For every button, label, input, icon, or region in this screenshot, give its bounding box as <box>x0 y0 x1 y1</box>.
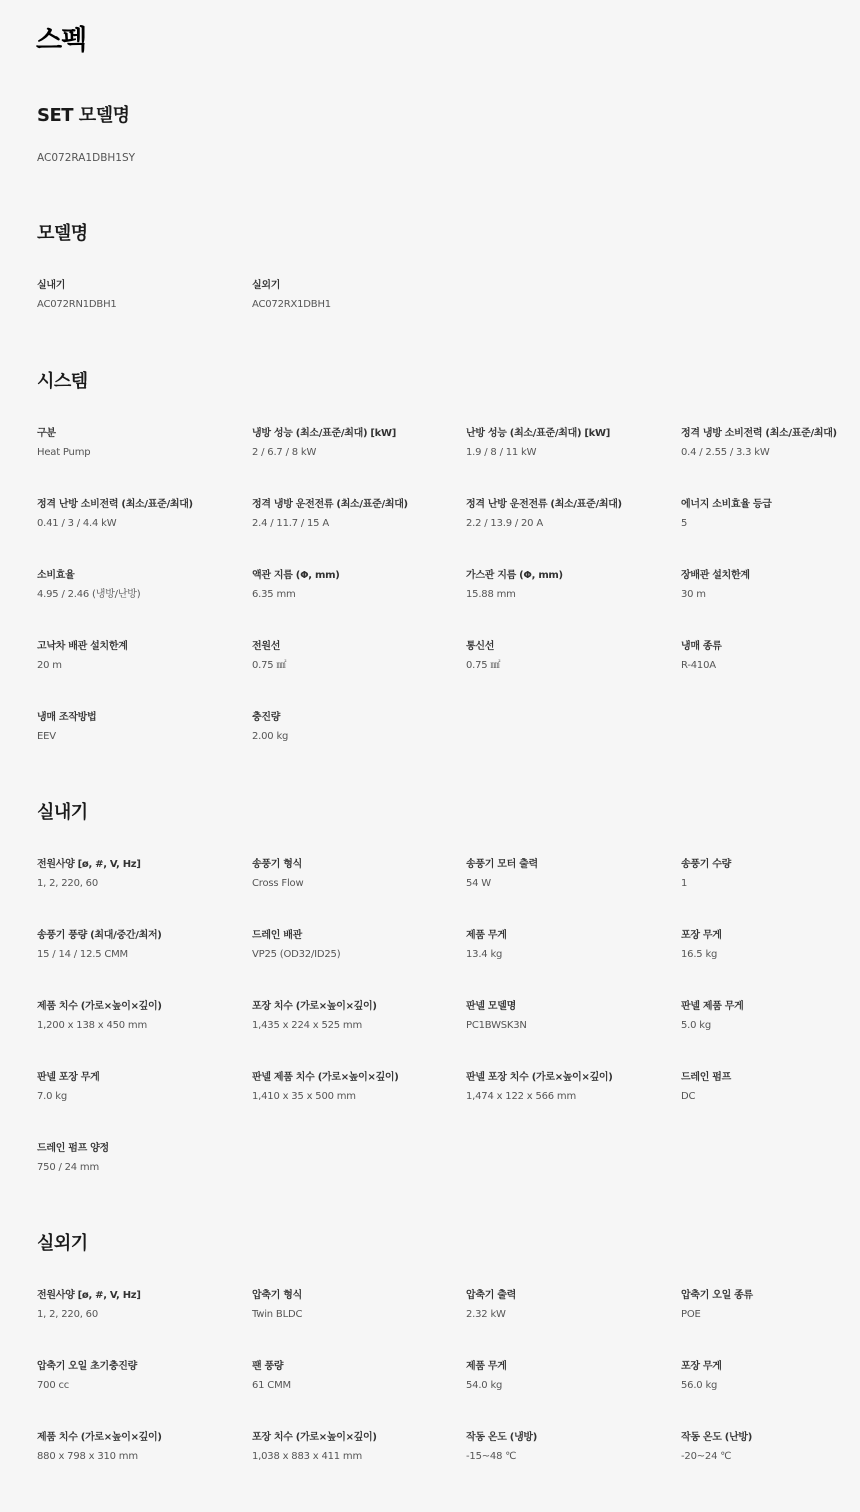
spec-item: 난방 성능 (최소/표준/최대) [kW] 1.9 / 8 / 11 kW <box>466 427 676 460</box>
spec-item: 제품 치수 (가로×높이×깊이) 1,200 x 138 x 450 mm <box>37 1000 247 1033</box>
spec-value: 54 W <box>466 877 676 891</box>
spec-value: 15 / 14 / 12.5 CMM <box>37 948 247 962</box>
spec-label: 냉매 종류 <box>681 640 860 654</box>
spec-item: 팬 풍량 61 CMM <box>252 1360 462 1393</box>
spec-value: 0.75 ㎟ <box>466 659 676 673</box>
spec-label: 포장 치수 (가로×높이×깊이) <box>252 1000 462 1014</box>
spec-label: 압축기 오일 종류 <box>681 1289 860 1303</box>
spec-value: 0.41 / 3 / 4.4 kW <box>37 517 247 531</box>
spec-value: AC072RX1DBH1 <box>252 298 462 312</box>
spec-item: 드레인 펌프 양정 750 / 24 mm <box>37 1142 247 1175</box>
spec-value: 1 <box>681 877 860 891</box>
spec-item: 소비효율 4.95 / 2.46 (냉방/난방) <box>37 569 247 602</box>
spec-item: 판넬 제품 무게 5.0 kg <box>681 1000 860 1033</box>
spec-item: 송풍기 수량 1 <box>681 858 860 891</box>
spec-label: 실외기 <box>252 279 462 293</box>
spec-item: 작동 온도 (냉방) -15~48 ℃ <box>466 1431 676 1464</box>
spec-item: 송풍기 형식 Cross Flow <box>252 858 462 891</box>
spec-item: 냉매 종류 R-410A <box>681 640 860 673</box>
spec-label: 정격 냉방 소비전력 (최소/표준/최대) <box>681 427 860 441</box>
spec-item: 압축기 형식 Twin BLDC <box>252 1289 462 1322</box>
spec-value: 700 cc <box>37 1379 247 1393</box>
spec-item: 포장 무게 56.0 kg <box>681 1360 860 1393</box>
spec-label: 고낙차 배관 설치한계 <box>37 640 247 654</box>
spec-value: 750 / 24 mm <box>37 1161 247 1175</box>
system-section-title: 시스템 <box>37 367 88 393</box>
spec-item: 가스관 지름 (Φ, mm) 15.88 mm <box>466 569 676 602</box>
spec-item: 압축기 출력 2.32 kW <box>466 1289 676 1322</box>
spec-value: 2.2 / 13.9 / 20 A <box>466 517 676 531</box>
spec-value: 2.00 kg <box>252 730 462 744</box>
spec-item: 전원사양 [ø, #, V, Hz] 1, 2, 220, 60 <box>37 858 247 891</box>
spec-value: 880 x 798 x 310 mm <box>37 1450 247 1464</box>
spec-value: Cross Flow <box>252 877 462 891</box>
spec-item: 제품 무게 54.0 kg <box>466 1360 676 1393</box>
spec-value: 7.0 kg <box>37 1090 247 1104</box>
spec-value: 1,038 x 883 x 411 mm <box>252 1450 462 1464</box>
spec-label: 정격 냉방 운전전류 (최소/표준/최대) <box>252 498 462 512</box>
spec-value: POE <box>681 1308 860 1322</box>
spec-value: -20~24 ℃ <box>681 1450 860 1464</box>
spec-label: 전원선 <box>252 640 462 654</box>
spec-label: 포장 무게 <box>681 929 860 943</box>
spec-label: 판넬 제품 무게 <box>681 1000 860 1014</box>
spec-item: 충진량 2.00 kg <box>252 711 462 744</box>
spec-value: 1,200 x 138 x 450 mm <box>37 1019 247 1033</box>
spec-label: 정격 난방 소비전력 (최소/표준/최대) <box>37 498 247 512</box>
spec-item: 송풍기 모터 출력 54 W <box>466 858 676 891</box>
spec-label: 제품 무게 <box>466 929 676 943</box>
spec-label: 난방 성능 (최소/표준/최대) [kW] <box>466 427 676 441</box>
spec-value: 2.32 kW <box>466 1308 676 1322</box>
spec-item: 제품 치수 (가로×높이×깊이) 880 x 798 x 310 mm <box>37 1431 247 1464</box>
spec-label: 작동 온도 (냉방) <box>466 1431 676 1445</box>
spec-item: 송풍기 풍량 (최대/중간/최저) 15 / 14 / 12.5 CMM <box>37 929 247 962</box>
spec-item: 액관 지름 (Φ, mm) 6.35 mm <box>252 569 462 602</box>
spec-label: 냉방 성능 (최소/표준/최대) [kW] <box>252 427 462 441</box>
spec-value: 56.0 kg <box>681 1379 860 1393</box>
spec-value: Heat Pump <box>37 446 247 460</box>
spec-item: 포장 무게 16.5 kg <box>681 929 860 962</box>
spec-value: 0.75 ㎟ <box>252 659 462 673</box>
spec-value: 2.4 / 11.7 / 15 A <box>252 517 462 531</box>
spec-item: 압축기 오일 초기충진량 700 cc <box>37 1360 247 1393</box>
spec-value: 6.35 mm <box>252 588 462 602</box>
spec-item: 압축기 오일 종류 POE <box>681 1289 860 1322</box>
spec-item: 제품 무게 13.4 kg <box>466 929 676 962</box>
spec-item: 냉매 조작방법 EEV <box>37 711 247 744</box>
spec-page: 스펙 SET 모델명 AC072RA1DBH1SY 모델명 실내기 AC072R… <box>0 0 860 1512</box>
spec-value: 2 / 6.7 / 8 kW <box>252 446 462 460</box>
spec-item: 통신선 0.75 ㎟ <box>466 640 676 673</box>
spec-item: 판넬 제품 치수 (가로×높이×깊이) 1,410 x 35 x 500 mm <box>252 1071 462 1104</box>
spec-item-outdoor-model: 실외기 AC072RX1DBH1 <box>252 279 462 312</box>
spec-label: 제품 치수 (가로×높이×깊이) <box>37 1000 247 1014</box>
spec-value: 54.0 kg <box>466 1379 676 1393</box>
page-title: 스펙 <box>36 18 86 57</box>
spec-item: 구분 Heat Pump <box>37 427 247 460</box>
spec-item: 판넬 포장 무게 7.0 kg <box>37 1071 247 1104</box>
spec-value: -15~48 ℃ <box>466 1450 676 1464</box>
spec-label: 전원사양 [ø, #, V, Hz] <box>37 1289 247 1303</box>
spec-value: 1,435 x 224 x 525 mm <box>252 1019 462 1033</box>
outdoor-section-title: 실외기 <box>37 1229 88 1255</box>
spec-label: 팬 풍량 <box>252 1360 462 1374</box>
set-model-value: AC072RA1DBH1SY <box>37 152 135 164</box>
spec-value: 13.4 kg <box>466 948 676 962</box>
spec-item: 정격 냉방 소비전력 (최소/표준/최대) 0.4 / 2.55 / 3.3 k… <box>681 427 860 460</box>
spec-value: 1,410 x 35 x 500 mm <box>252 1090 462 1104</box>
spec-label: 압축기 출력 <box>466 1289 676 1303</box>
spec-item: 전원사양 [ø, #, V, Hz] 1, 2, 220, 60 <box>37 1289 247 1322</box>
spec-label: 가스관 지름 (Φ, mm) <box>466 569 676 583</box>
spec-value: 1, 2, 220, 60 <box>37 1308 247 1322</box>
spec-label: 액관 지름 (Φ, mm) <box>252 569 462 583</box>
spec-label: 충진량 <box>252 711 462 725</box>
spec-item: 정격 난방 운전전류 (최소/표준/최대) 2.2 / 13.9 / 20 A <box>466 498 676 531</box>
spec-label: 판넬 포장 무게 <box>37 1071 247 1085</box>
spec-label: 포장 무게 <box>681 1360 860 1374</box>
spec-value: VP25 (OD32/ID25) <box>252 948 462 962</box>
spec-item: 전원선 0.75 ㎟ <box>252 640 462 673</box>
spec-label: 판넬 제품 치수 (가로×높이×깊이) <box>252 1071 462 1085</box>
spec-item: 포장 치수 (가로×높이×깊이) 1,435 x 224 x 525 mm <box>252 1000 462 1033</box>
spec-value: 5 <box>681 517 860 531</box>
spec-label: 판넬 포장 치수 (가로×높이×깊이) <box>466 1071 676 1085</box>
spec-label: 소비효율 <box>37 569 247 583</box>
spec-item: 에너지 소비효율 등급 5 <box>681 498 860 531</box>
spec-label: 통신선 <box>466 640 676 654</box>
spec-value: PC1BWSK3N <box>466 1019 676 1033</box>
spec-item: 포장 치수 (가로×높이×깊이) 1,038 x 883 x 411 mm <box>252 1431 462 1464</box>
spec-value: 15.88 mm <box>466 588 676 602</box>
spec-item: 판넬 모델명 PC1BWSK3N <box>466 1000 676 1033</box>
spec-value: 16.5 kg <box>681 948 860 962</box>
spec-label: 송풍기 풍량 (최대/중간/최저) <box>37 929 247 943</box>
spec-item: 드레인 배관 VP25 (OD32/ID25) <box>252 929 462 962</box>
spec-item: 장배관 설치한계 30 m <box>681 569 860 602</box>
spec-label: 압축기 형식 <box>252 1289 462 1303</box>
spec-value: AC072RN1DBH1 <box>37 298 247 312</box>
spec-label: 송풍기 수량 <box>681 858 860 872</box>
spec-label: 전원사양 [ø, #, V, Hz] <box>37 858 247 872</box>
spec-label: 구분 <box>37 427 247 441</box>
spec-label: 드레인 배관 <box>252 929 462 943</box>
spec-value: 1, 2, 220, 60 <box>37 877 247 891</box>
spec-label: 에너지 소비효율 등급 <box>681 498 860 512</box>
model-section-title: 모델명 <box>37 219 88 245</box>
spec-item: 냉방 성능 (최소/표준/최대) [kW] 2 / 6.7 / 8 kW <box>252 427 462 460</box>
spec-label: 송풍기 모터 출력 <box>466 858 676 872</box>
spec-value: DC <box>681 1090 860 1104</box>
spec-label: 정격 난방 운전전류 (최소/표준/최대) <box>466 498 676 512</box>
spec-label: 냉매 조작방법 <box>37 711 247 725</box>
spec-value: 0.4 / 2.55 / 3.3 kW <box>681 446 860 460</box>
spec-label: 제품 치수 (가로×높이×깊이) <box>37 1431 247 1445</box>
spec-value: EEV <box>37 730 247 744</box>
spec-item: 작동 온도 (난방) -20~24 ℃ <box>681 1431 860 1464</box>
spec-value: 20 m <box>37 659 247 673</box>
spec-item: 정격 냉방 운전전류 (최소/표준/최대) 2.4 / 11.7 / 15 A <box>252 498 462 531</box>
set-model-section-title: SET 모델명 <box>37 101 129 127</box>
spec-label: 작동 온도 (난방) <box>681 1431 860 1445</box>
spec-label: 판넬 모델명 <box>466 1000 676 1014</box>
spec-item: 고낙차 배관 설치한계 20 m <box>37 640 247 673</box>
spec-item: 정격 난방 소비전력 (최소/표준/최대) 0.41 / 3 / 4.4 kW <box>37 498 247 531</box>
spec-value: 1,474 x 122 x 566 mm <box>466 1090 676 1104</box>
spec-label: 장배관 설치한계 <box>681 569 860 583</box>
spec-item: 드레인 펌프 DC <box>681 1071 860 1104</box>
spec-label: 포장 치수 (가로×높이×깊이) <box>252 1431 462 1445</box>
spec-value: 61 CMM <box>252 1379 462 1393</box>
spec-item-indoor-model: 실내기 AC072RN1DBH1 <box>37 279 247 312</box>
spec-label: 제품 무게 <box>466 1360 676 1374</box>
spec-value: 5.0 kg <box>681 1019 860 1033</box>
spec-label: 송풍기 형식 <box>252 858 462 872</box>
spec-value: Twin BLDC <box>252 1308 462 1322</box>
spec-value: R-410A <box>681 659 860 673</box>
spec-label: 실내기 <box>37 279 247 293</box>
indoor-section-title: 실내기 <box>37 798 88 824</box>
spec-item: 판넬 포장 치수 (가로×높이×깊이) 1,474 x 122 x 566 mm <box>466 1071 676 1104</box>
spec-value: 30 m <box>681 588 860 602</box>
spec-value: 4.95 / 2.46 (냉방/난방) <box>37 588 247 602</box>
spec-value: 1.9 / 8 / 11 kW <box>466 446 676 460</box>
spec-label: 드레인 펌프 <box>681 1071 860 1085</box>
spec-label: 드레인 펌프 양정 <box>37 1142 247 1156</box>
spec-label: 압축기 오일 초기충진량 <box>37 1360 247 1374</box>
